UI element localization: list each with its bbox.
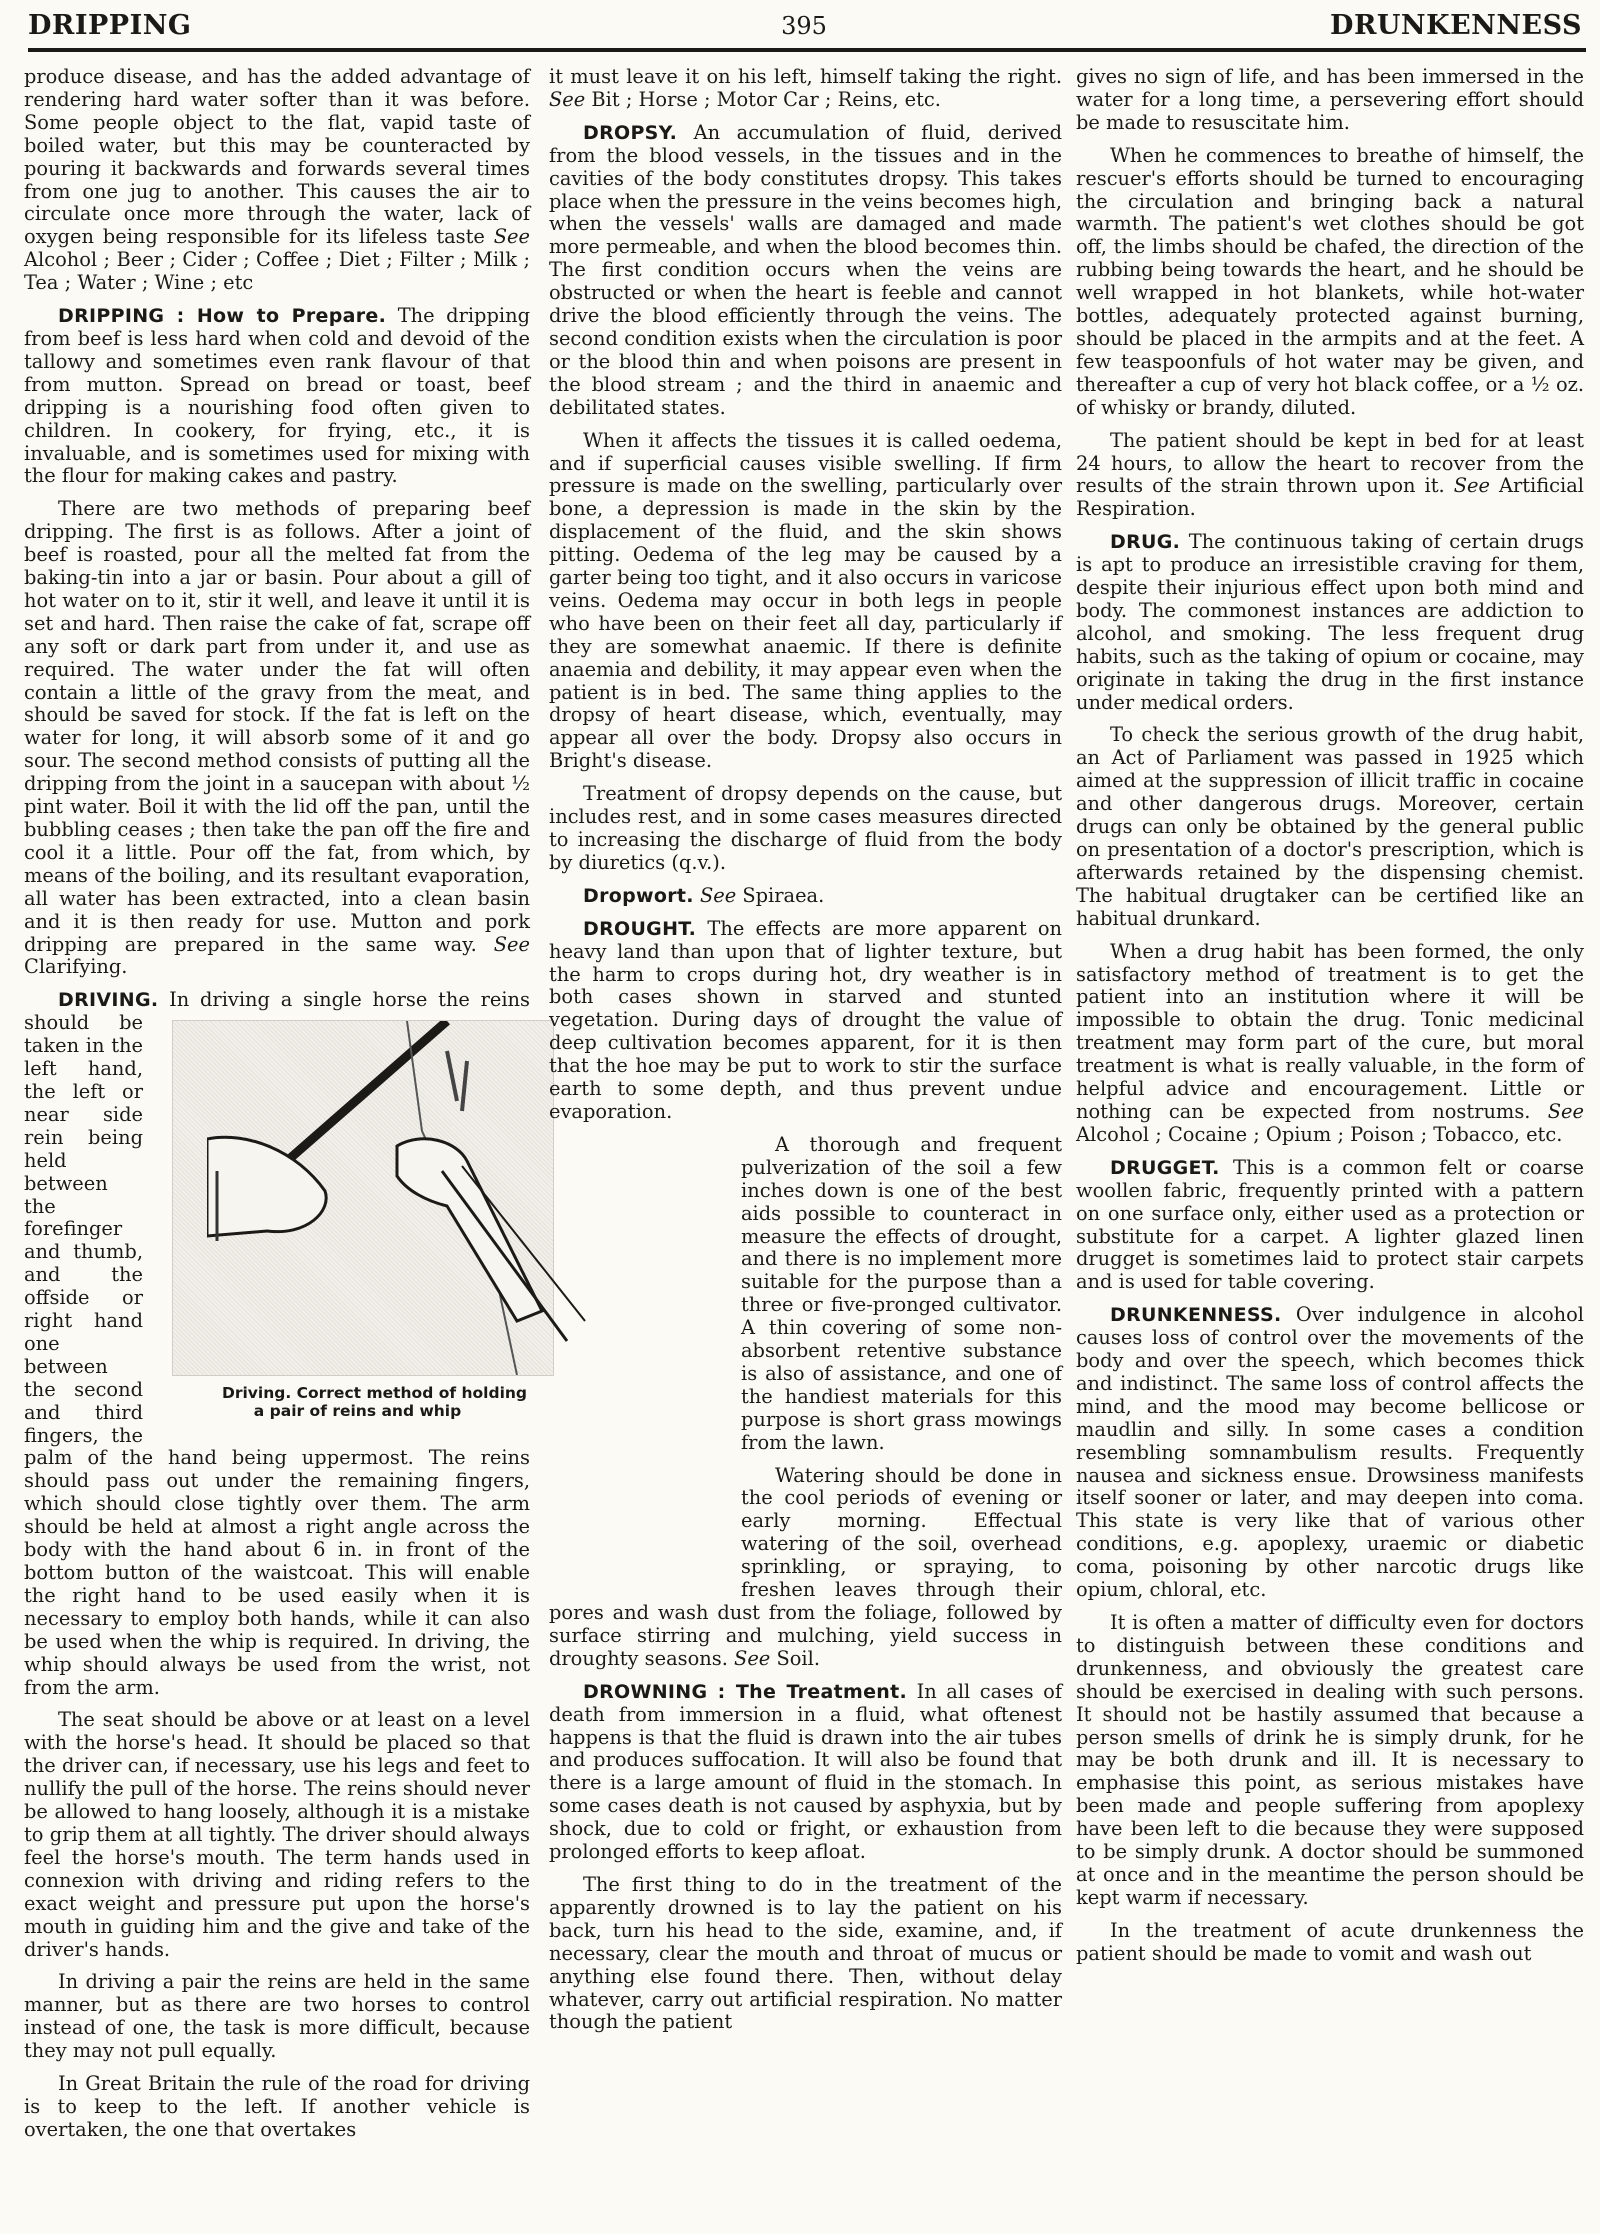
paragraph: it must leave it on his left, himself ta… <box>549 66 1062 112</box>
headword: DRUNKENNESS. <box>1110 1304 1282 1326</box>
entry-drugget: DRUGGET. This is a common felt or coarse… <box>1076 1157 1584 1294</box>
entry-driving: DRIVING. Driving. Correct met <box>24 989 530 1699</box>
paragraph: When it affects the tissues it is called… <box>549 430 1062 774</box>
page-header: DRIPPING 395 DRUNKENNESS <box>24 10 1584 50</box>
paragraph: Treatment of dropsy depends on the cause… <box>549 783 1062 875</box>
entry-dripping: DRIPPING : How to Prepare. The dripping … <box>24 305 530 488</box>
paragraph: In Great Britain the rule of the road fo… <box>24 2073 530 2142</box>
paragraph: The seat should be above or at least on … <box>24 1709 530 1961</box>
column-1: produce disease, and has the added advan… <box>24 66 530 2152</box>
headword: DROWNING : The Treatment. <box>583 1681 907 1703</box>
paragraph: The first thing to do in the treatment o… <box>549 1874 1062 2034</box>
headword: DRUG. <box>1110 531 1180 553</box>
entry-drowning: DROWNING : The Treatment. In all cases o… <box>549 1681 1062 1864</box>
headword: Dropwort. <box>583 885 694 907</box>
paragraph: It is often a matter of difficulty even … <box>1076 1612 1584 1910</box>
entry-drought: DROUGHT. The effects are more apparent o… <box>549 918 1062 1124</box>
paragraph: There are two methods of preparing beef … <box>24 498 530 979</box>
paragraph: To check the serious growth of the drug … <box>1076 724 1584 930</box>
entry-dropwort: Dropwort. See Spiraea. <box>549 885 1062 908</box>
headword: DRIVING. <box>58 989 158 1011</box>
entry-dropsy: DROPSY. An accumulation of fluid, derive… <box>549 122 1062 420</box>
entry-drunkenness: DRUNKENNESS. Over indulgence in alcohol … <box>1076 1304 1584 1602</box>
paragraph: When he commences to breathe of himself,… <box>1076 145 1584 420</box>
headword: DROPSY. <box>583 122 677 144</box>
paragraph: The patient should be kept in bed for at… <box>1076 430 1584 522</box>
figure-caption: Driving. Correct method of holdinga pair… <box>155 1384 560 1420</box>
paragraph: produce disease, and has the added advan… <box>24 66 530 295</box>
headword: DROUGHT. <box>583 918 696 940</box>
paragraph: gives no sign of life, and has been imme… <box>1076 66 1584 135</box>
entry-drug: DRUG. The continuous taking of certain d… <box>1076 531 1584 714</box>
paragraph: In driving a pair the reins are held in … <box>24 1971 530 2063</box>
column-3: gives no sign of life, and has been imme… <box>1076 66 1584 1976</box>
paragraph: In the treatment of acute drunkenness th… <box>1076 1920 1584 1966</box>
column-2: it must leave it on his left, himself ta… <box>549 66 1062 2044</box>
figure-overlap-space <box>549 1134 727 1594</box>
headword: DRIPPING : How to Prepare. <box>58 305 386 327</box>
paragraph: When a drug habit has been formed, the o… <box>1076 941 1584 1147</box>
figure-driving: Driving. Correct method of holdinga pair… <box>155 1020 560 1420</box>
header-right-keyword: DRUNKENNESS <box>1330 10 1582 41</box>
illustration-hands-reins-whip-icon <box>172 1020 554 1376</box>
encyclopedia-page: DRIPPING 395 DRUNKENNESS produce disease… <box>0 0 1600 2234</box>
header-rule <box>28 48 1586 52</box>
drought-wrap: A thorough and frequent pulverization of… <box>549 1134 1062 1671</box>
headword: DRUGGET. <box>1110 1157 1220 1179</box>
